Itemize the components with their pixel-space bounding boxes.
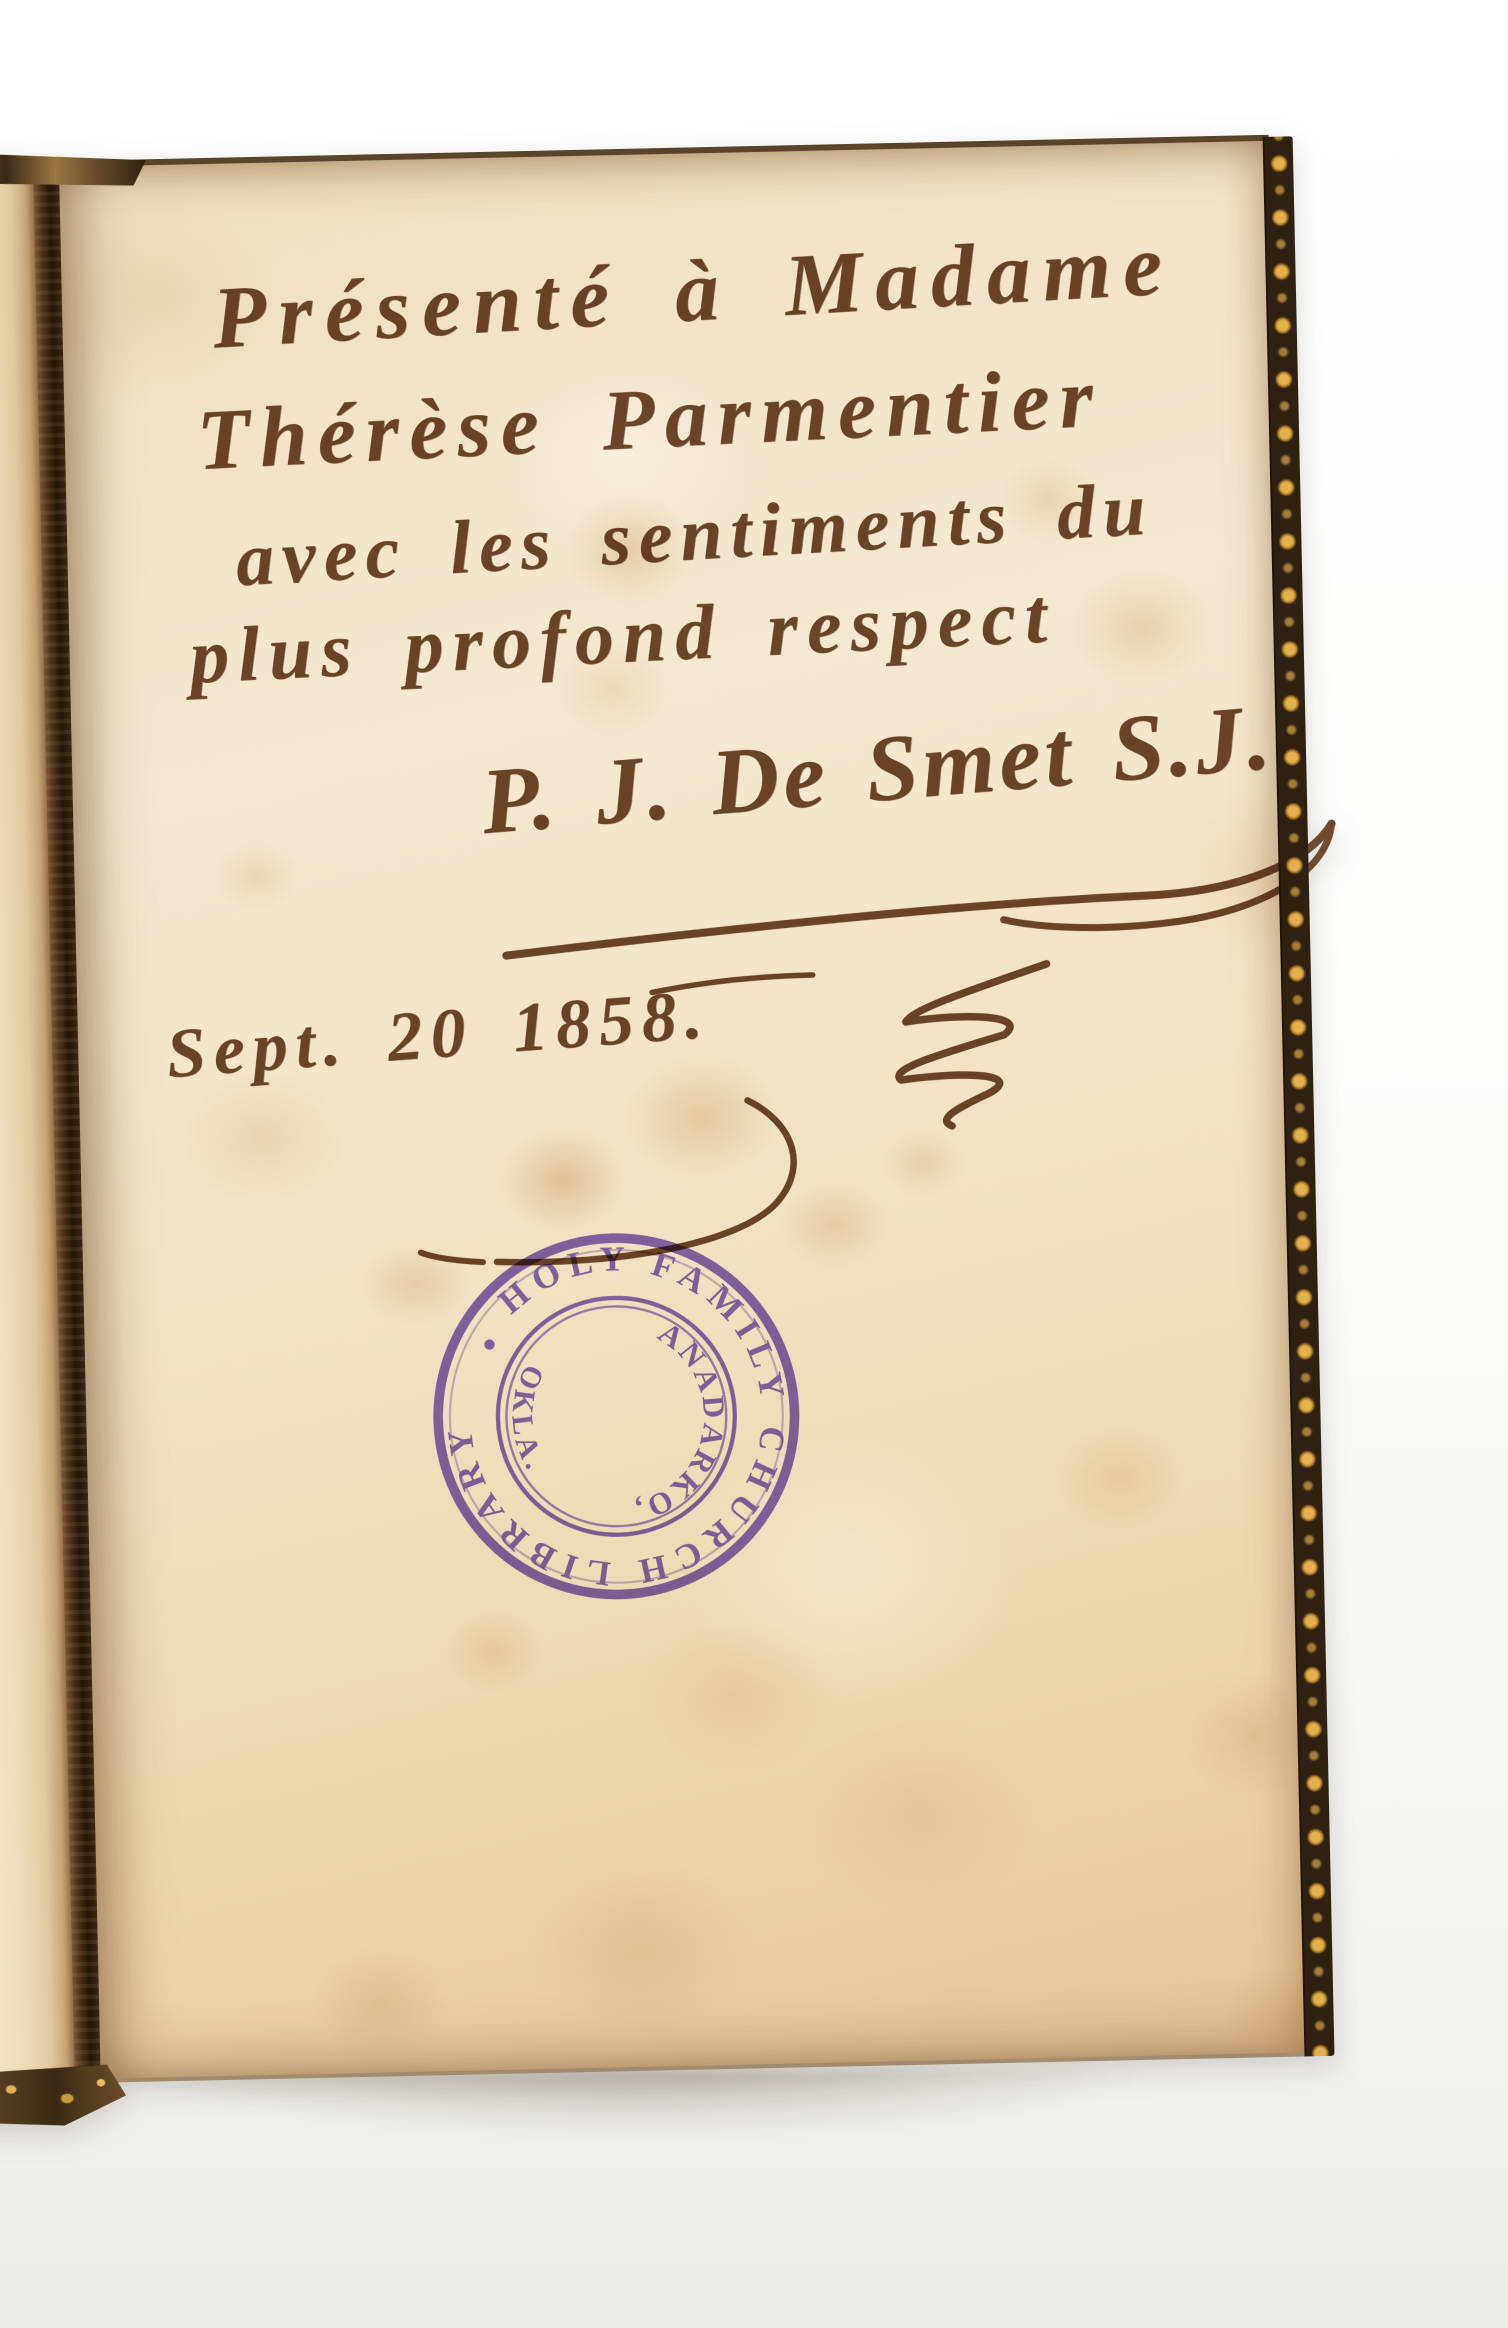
book: Présenté à Madame Thérèse Parmentier ave…: [0, 130, 1343, 2093]
stamp-outer-text: HOLY FAMILY CHURCH LIBRARY: [420, 1220, 812, 1612]
inscription-line-2: Thérèse Parmentier: [195, 347, 1105, 490]
svg-text:HOLY FAMILY CHURCH LIBRARY: HOLY FAMILY CHURCH LIBRARY: [420, 1220, 812, 1612]
cover-corner-top-left: [0, 147, 146, 190]
photo-backdrop: Présenté à Madame Thérèse Parmentier ave…: [0, 0, 1508, 2328]
library-stamp: HOLY FAMILY CHURCH LIBRARY • ANADARKO, O…: [420, 1220, 812, 1612]
inscription-line-1: Présenté à Madame: [210, 214, 1177, 369]
stamp-outer-ring: [420, 1220, 812, 1612]
stamp-separator-dot: •: [467, 1330, 511, 1359]
stamp-state-text: OKLA.: [477, 1360, 584, 1486]
svg-text:OKLA.: OKLA.: [477, 1360, 584, 1486]
stamp-outer-ring-inner-line: [420, 1220, 812, 1612]
flyleaf-page: Présenté à Madame Thérèse Parmentier ave…: [59, 135, 1311, 2083]
